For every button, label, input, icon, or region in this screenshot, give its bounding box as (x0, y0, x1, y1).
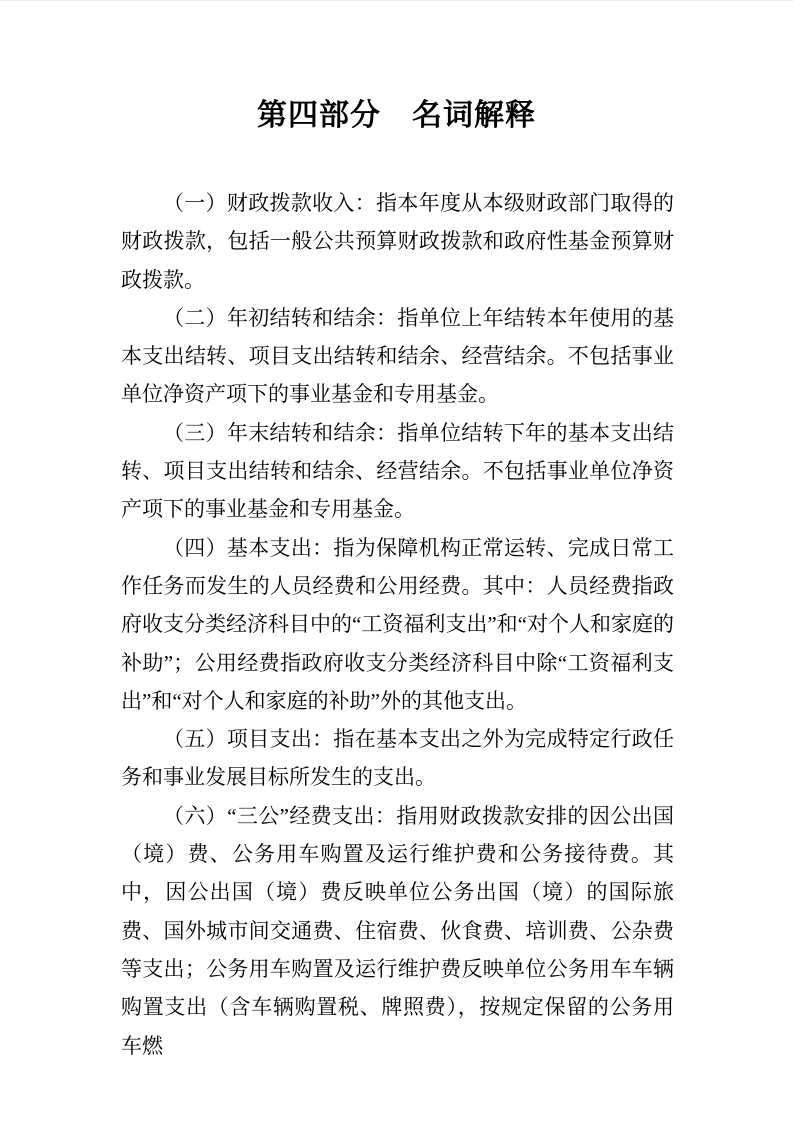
definition-paragraph-6: （六）“三公”经费支出：指用财政拨款安排的因公出国（境）费、公务用车购置及运行维… (121, 797, 674, 1065)
definition-paragraph-1: （一）财政拨款收入：指本年度从本级财政部门取得的财政拨款，包括一般公共预算财政拨… (121, 184, 674, 299)
definition-paragraph-3: （三）年末结转和结余：指单位结转下年的基本支出结转、项目支出结转和结余、经营结余… (121, 414, 674, 529)
document-page: 第四部分 名词解释 （一）财政拨款收入：指本年度从本级财政部门取得的财政拨款，包… (0, 0, 793, 1122)
definition-paragraph-5: （五）项目支出：指在基本支出之外为完成特定行政任务和事业发展目标所发生的支出。 (121, 720, 674, 797)
definition-paragraph-4: （四）基本支出：指为保障机构正常运转、完成日常工作任务而发生的人员经费和公用经费… (121, 529, 674, 720)
document-body: （一）财政拨款收入：指本年度从本级财政部门取得的财政拨款，包括一般公共预算财政拨… (121, 184, 674, 1065)
page-title: 第四部分 名词解释 (0, 97, 793, 134)
definition-paragraph-2: （二）年初结转和结余：指单位上年结转本年使用的基本支出结转、项目支出结转和结余、… (121, 299, 674, 414)
